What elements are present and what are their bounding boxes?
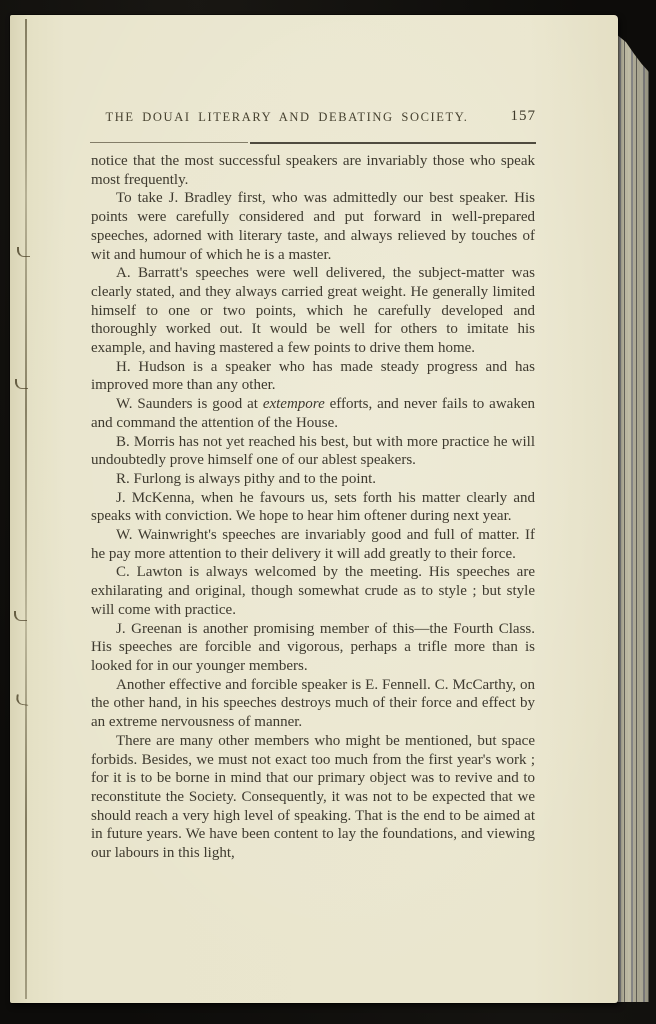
paragraph: To take J. Bradley first, who was admitt… <box>91 189 535 264</box>
paragraph: W. Saunders is good at extempore efforts… <box>91 395 535 432</box>
gutter-crease <box>25 19 27 999</box>
binding-mark <box>17 247 30 257</box>
book-page: THE DOUAI LITERARY AND DEBATING SOCIETY.… <box>10 15 618 1003</box>
paragraph: B. Morris has not yet reached his best, … <box>91 433 535 470</box>
book-photo-background: THE DOUAI LITERARY AND DEBATING SOCIETY.… <box>0 0 656 1024</box>
paragraph-text: W. Saunders is good at <box>116 396 263 412</box>
binding-mark <box>15 694 29 706</box>
paragraph: A. Barratt's speeches were well delivere… <box>91 264 535 358</box>
binding-mark <box>15 379 28 389</box>
italic-word: extempore <box>263 396 325 412</box>
running-title: THE DOUAI LITERARY AND DEBATING SOCIETY. <box>90 110 484 125</box>
page-number: 157 <box>511 108 537 125</box>
paragraph: H. Hudson is a speaker who has made stea… <box>91 358 535 395</box>
binding-mark <box>14 611 27 621</box>
fore-edge-page-stack <box>616 20 649 1002</box>
paragraph: C. Lawton is always welcomed by the meet… <box>91 563 535 619</box>
paragraph: R. Furlong is always pithy and to the po… <box>91 470 535 489</box>
page-header: THE DOUAI LITERARY AND DEBATING SOCIETY.… <box>90 110 536 130</box>
header-rule-left <box>90 142 248 143</box>
page-body: notice that the most successful speakers… <box>91 152 535 863</box>
paragraph: notice that the most successful speakers… <box>91 152 535 189</box>
paragraph: Another effective and forcible speaker i… <box>91 676 535 732</box>
paragraph: J. McKenna, when he favours us, sets for… <box>91 489 535 526</box>
paragraph: W. Wainwright's speeches are invariably … <box>91 526 535 563</box>
header-rule-right <box>250 142 536 144</box>
paragraph: There are many other members who might b… <box>91 732 535 863</box>
paragraph: J. Greenan is another promising member o… <box>91 620 535 676</box>
